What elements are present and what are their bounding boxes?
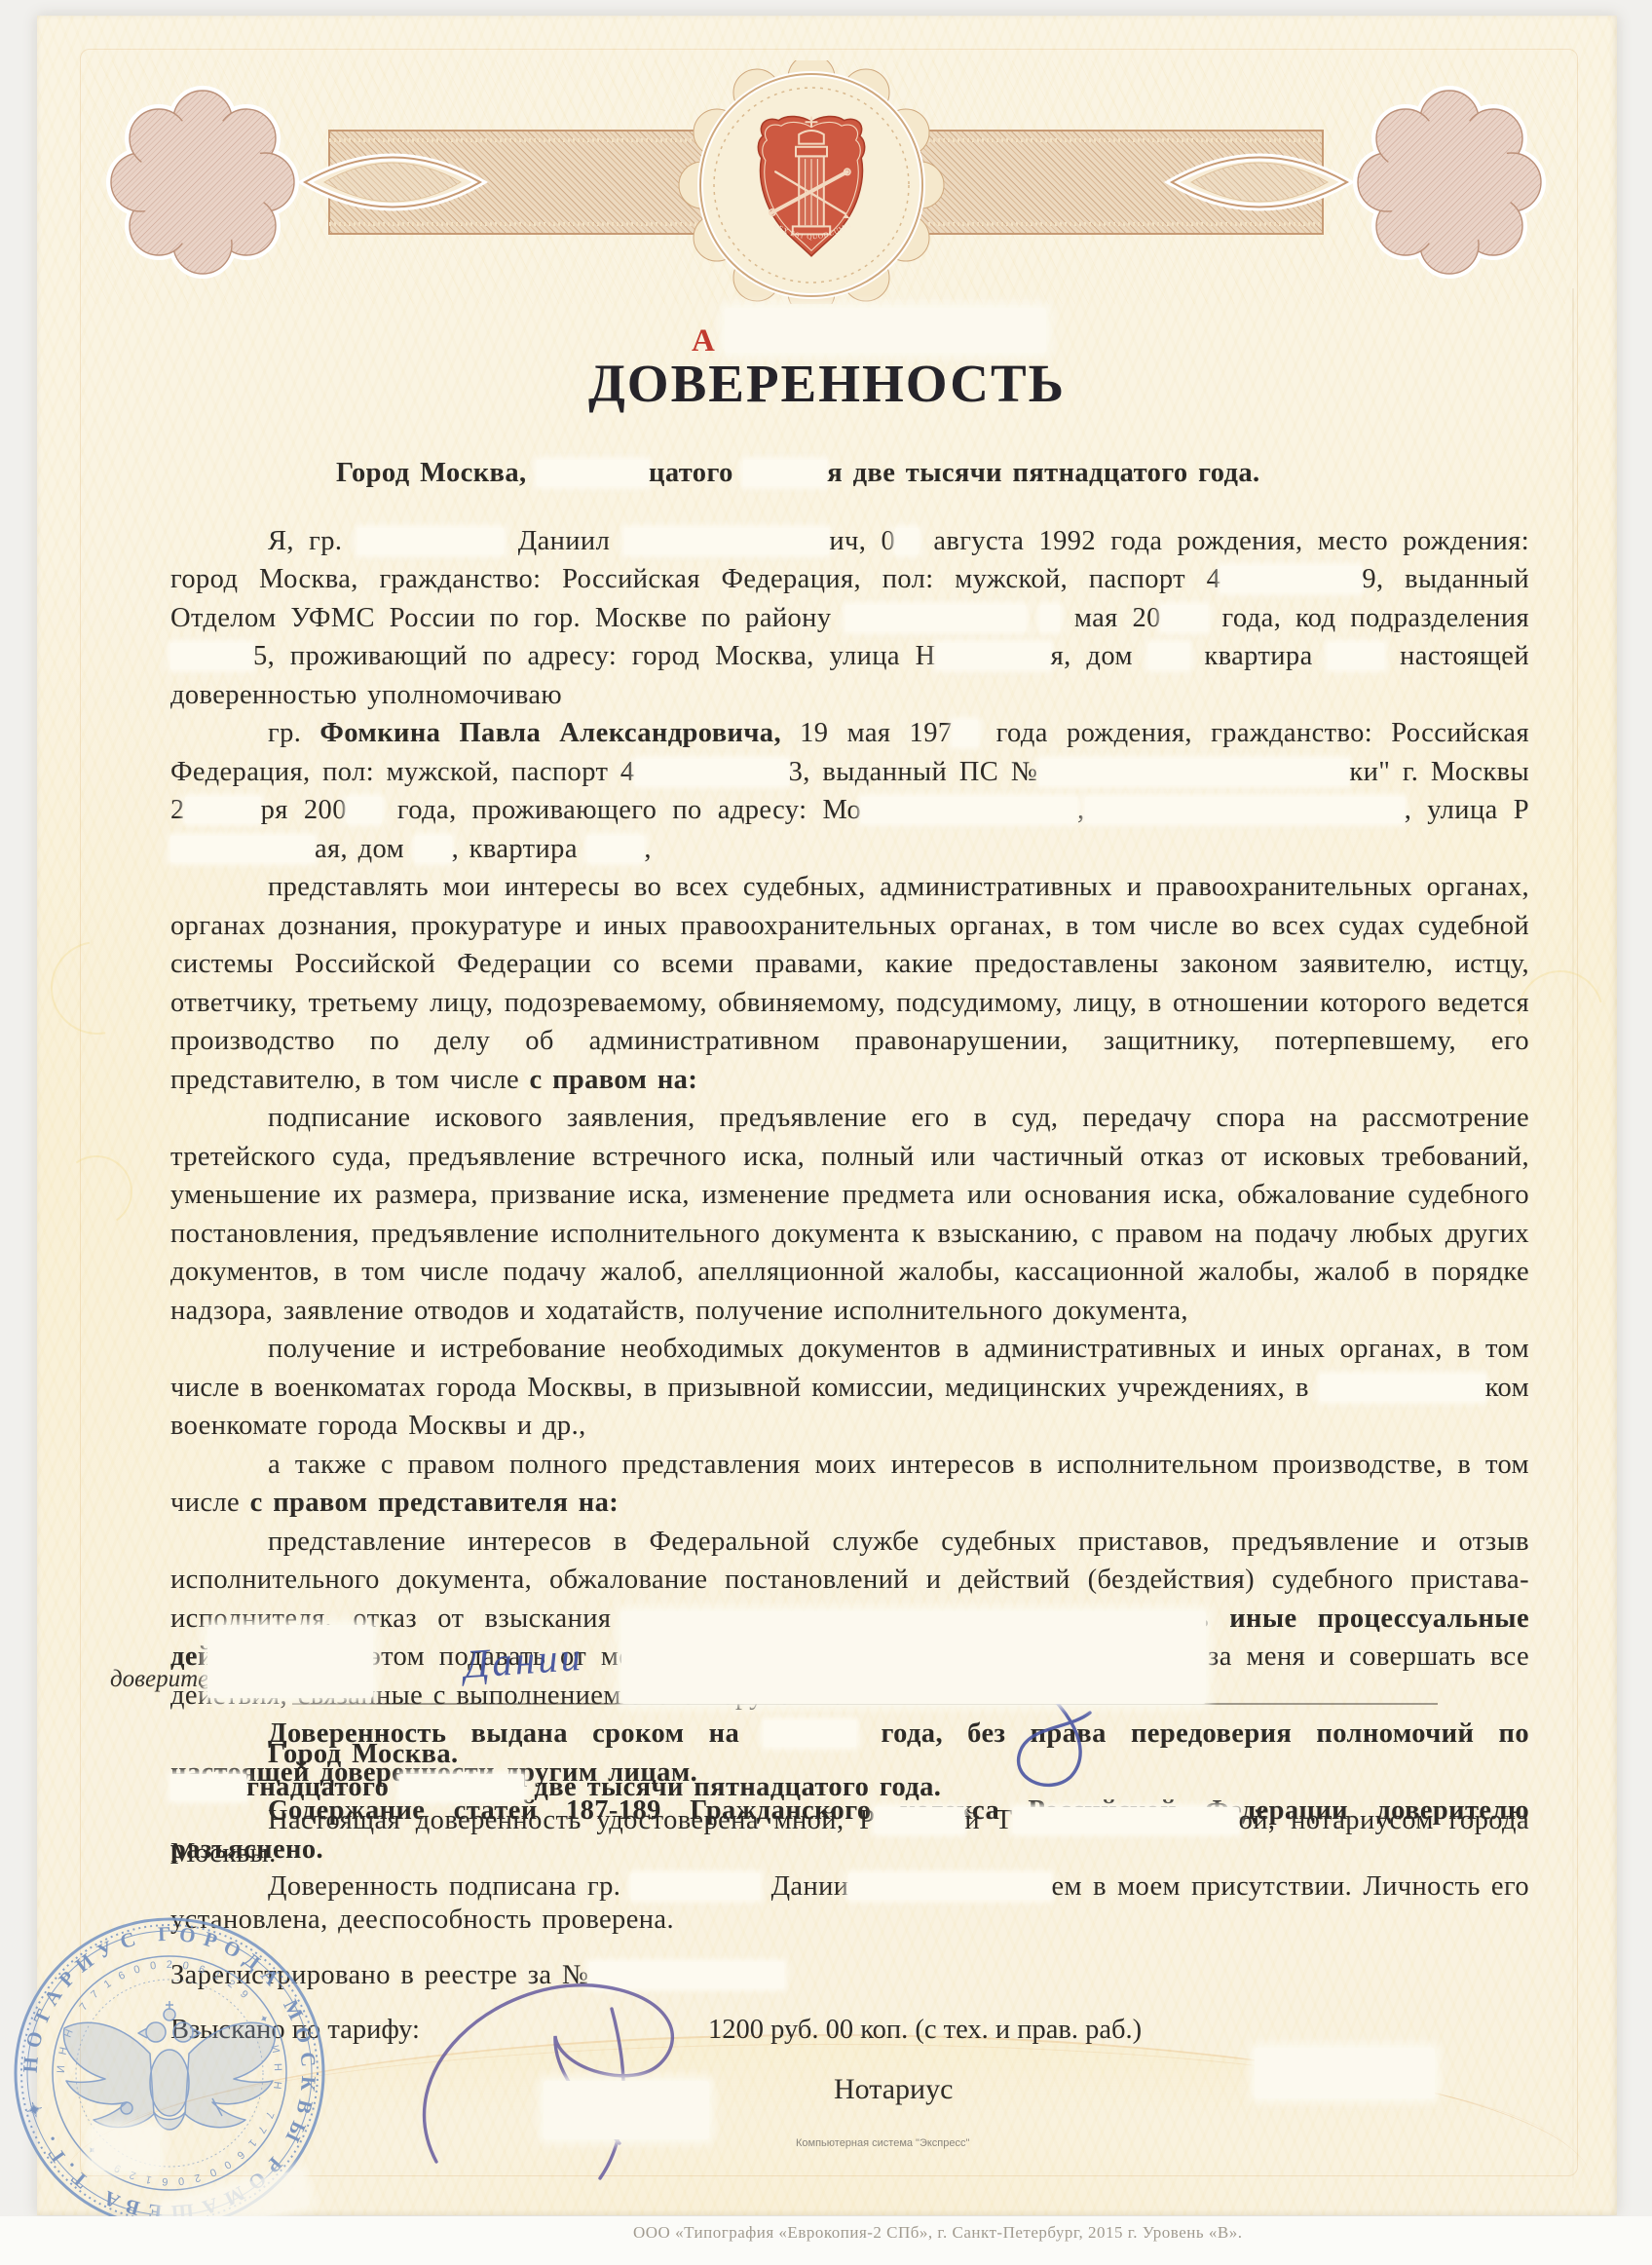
redaction: [537, 460, 649, 486]
powers-enforcement-paragraph: а также с правом полного представления м…: [170, 1446, 1529, 1523]
band-right-rosette: [1358, 91, 1541, 274]
double-headed-eagle-icon: [63, 2001, 275, 2130]
notary-signing-paragraph: Доверенность подписана гр. Даниием в мое…: [170, 1870, 1529, 1937]
text-run: [1026, 603, 1040, 633]
text-run: я, дом: [1051, 641, 1148, 671]
redaction: [1040, 605, 1060, 631]
redaction: [845, 605, 1026, 631]
text-run: Настоящая доверенность удостоверена мной…: [268, 1805, 875, 1835]
notary-city-line: Город Москва.: [170, 1738, 1529, 1771]
printer-credit: ООО «Типография «Еврокопия-2 СПб», г. Са…: [633, 2223, 1242, 2243]
text-run: й Т: [964, 1805, 1012, 1835]
date-line: Город Москва, цатого я две тысячи пятнад…: [170, 454, 1529, 493]
scanned-document: { "series_mark": "А", "title": "ДОВЕРЕНН…: [0, 0, 1652, 2265]
text-run: 19 мая 197: [781, 718, 953, 748]
redaction: [92, 2128, 160, 2171]
redaction: [621, 1611, 1206, 1704]
text-run: представлять мои интересы во всех судебн…: [170, 872, 1529, 1095]
redaction: [207, 1625, 373, 1698]
powers-documents-paragraph: получение и истребование необходимых док…: [170, 1330, 1529, 1446]
redaction: [1255, 2048, 1435, 2098]
text-run: две тысячи пятнадцатого года.: [524, 1772, 941, 1802]
text-run: ая, дом: [315, 834, 415, 864]
redaction: [875, 1807, 964, 1833]
attorney-paragraph: гр. Фомкина Павла Александровича, 19 мая…: [170, 714, 1529, 868]
notary-signature-flourish: [368, 1952, 816, 2186]
redaction: [1039, 759, 1349, 785]
redaction: [587, 836, 644, 862]
text-run: цатого: [649, 458, 743, 488]
redaction: [399, 1774, 524, 1800]
powers-courts-paragraph: представлять мои интересы во всех судебн…: [170, 868, 1529, 1099]
band-left-rosette: [111, 91, 294, 274]
document-paper: LEX EST QUODCUMQUE NOTAMUS А ДОВЕРЕННОСТ…: [37, 16, 1617, 2215]
redaction: [848, 1873, 1051, 1900]
redaction: [635, 759, 789, 785]
notary-caption: Нотариус: [834, 2073, 953, 2106]
text-run: Город Москва,: [336, 458, 537, 488]
redaction: [631, 1873, 760, 1900]
redaction: [1320, 1375, 1485, 1401]
text-run: мая 20: [1060, 603, 1161, 633]
text-run: я две тысячи пятнадцатого года.: [827, 458, 1259, 488]
redaction: [624, 528, 829, 554]
redaction: [170, 643, 253, 669]
redaction: [895, 528, 919, 554]
redaction: [415, 836, 452, 862]
text-run: Фомкина Павла Александровича,: [319, 718, 781, 748]
text-run: Даниил: [504, 526, 625, 556]
document-title: ДОВЕРЕННОСТЬ: [37, 353, 1617, 414]
principal-handwritten-signature: Дании: [462, 1633, 584, 1687]
principal-paragraph: Я, гр. Даниил ич, 0 августа 1992 года ро…: [170, 522, 1529, 715]
text-run: Я, гр.: [268, 526, 357, 556]
notary-attestation-text: Город Москва.гнадцатого две тысячи пятна…: [170, 1738, 1529, 1937]
redaction: [1085, 797, 1405, 823]
text-run: с правом на:: [530, 1065, 698, 1095]
text-run: Город Москва.: [268, 1739, 459, 1769]
text-run: ,: [644, 834, 652, 864]
redaction: [953, 720, 978, 746]
paper-fold-line: [1572, 288, 1574, 2188]
redaction: [1328, 643, 1384, 669]
notary-date-line: гнадцатого две тысячи пятнадцатого года.: [170, 1771, 1529, 1804]
redaction: [544, 2081, 709, 2139]
redaction: [170, 836, 315, 862]
text-run: 3, выданный ПС №: [789, 757, 1040, 787]
software-note: Компьютерная система "Экспресс": [796, 2137, 969, 2149]
redaction: [743, 460, 827, 486]
redaction: [1013, 1807, 1239, 1833]
redaction: [347, 797, 382, 823]
redaction: [185, 797, 261, 823]
text-run: ря 200: [261, 795, 347, 825]
header-ornament-band: LEX EST QUODCUMQUE NOTAMUS: [86, 60, 1566, 304]
text-run: года, проживающего по адресу: Мо: [382, 795, 861, 825]
redaction: [1148, 643, 1189, 669]
text-run: 5, проживающий по адресу: город Москва, …: [253, 641, 936, 671]
redaction: [357, 528, 504, 554]
text-run: ,: [1077, 795, 1085, 825]
text-run: , квартира: [452, 834, 588, 864]
redaction: [1161, 605, 1208, 631]
text-run: гр.: [268, 718, 319, 748]
text-run: квартира: [1189, 641, 1329, 671]
redaction: [936, 643, 1051, 669]
redaction: [170, 1774, 246, 1800]
text-run: с правом представителя на:: [250, 1488, 619, 1518]
redaction: [1220, 566, 1362, 592]
text-run: Доверенность подписана гр.: [268, 1871, 631, 1902]
text-run: года, код подразделения: [1208, 603, 1529, 633]
redaction: [725, 308, 1046, 353]
text-run: ич, 0: [829, 526, 895, 556]
text-run: Дании: [760, 1871, 848, 1902]
text-run: подписание искового заявления, предъявле…: [170, 1103, 1529, 1326]
text-run: , улица Р: [1405, 795, 1529, 825]
text-run: гнадцатого: [246, 1772, 399, 1802]
redaction: [861, 797, 1077, 823]
notary-certification-paragraph: Настоящая доверенность удостоверена мной…: [170, 1804, 1529, 1870]
powers-claims-paragraph: подписание искового заявления, предъявле…: [170, 1099, 1529, 1330]
